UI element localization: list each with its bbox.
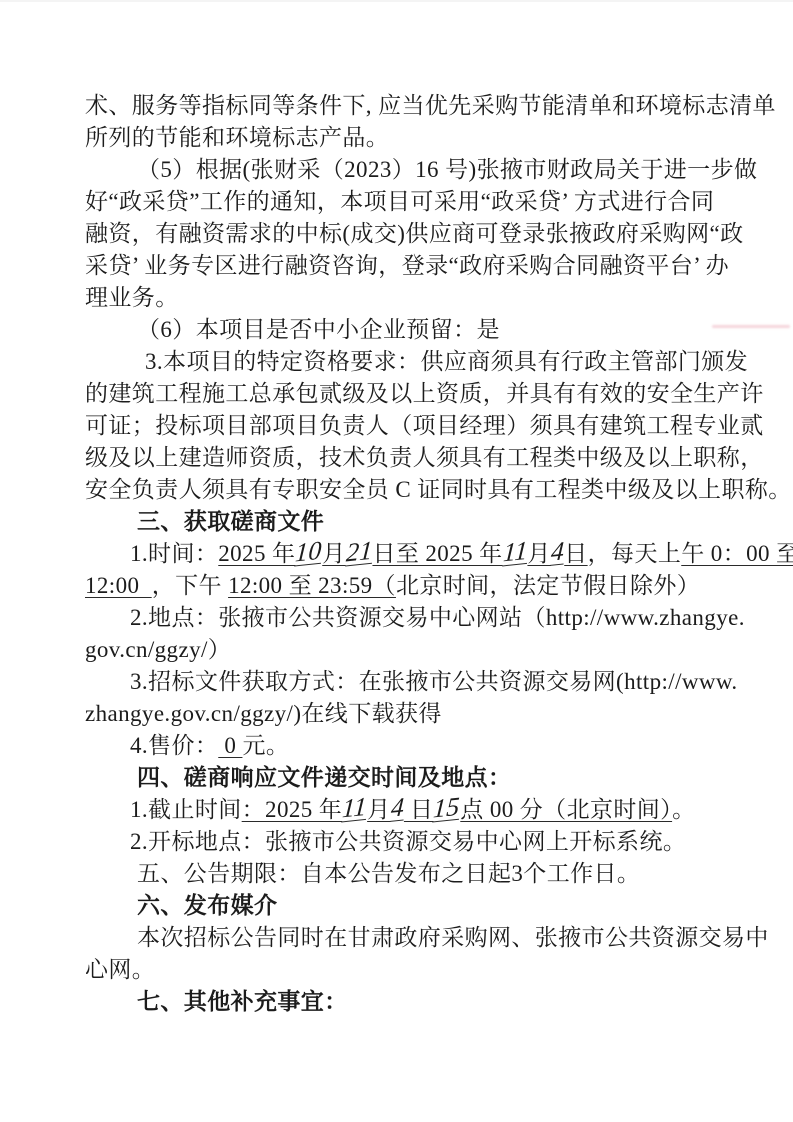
body-line: 采贷’ 业务专区进行融资咨询，登录“政府采购合同融资平台’ 办 xyxy=(85,250,745,282)
text-segment: 1.时间： xyxy=(130,541,218,566)
body-line: 心网。 xyxy=(85,954,745,986)
text-segment: ，每天上 xyxy=(588,541,682,566)
body-line: 12:00 ，下午 12:00 至 23:59（北京时间，法定节假日除外） xyxy=(85,570,745,602)
body-line: gov.cn/ggzy/） xyxy=(85,634,745,666)
underlined-text: 2025 年 xyxy=(218,541,295,566)
underlined-text: ：2025 年 xyxy=(242,797,343,822)
body-line: 2.地点：张掖市公共资源交易中心网站（http://www.zhangye. xyxy=(85,602,745,634)
heading-section-3: 三、获取磋商文件 xyxy=(85,506,745,538)
text-segment: 六、发布媒介 xyxy=(137,893,277,918)
underlined-text: 日 xyxy=(404,797,434,822)
body-line: 术、服务等指标同等条件下, 应当优先采购节能清单和环境标志清单 xyxy=(85,90,745,122)
text-segment: 元。 xyxy=(242,733,289,758)
handwritten-number: 11 xyxy=(341,794,368,823)
text-segment: 1.截止时间 xyxy=(130,797,242,822)
body-line: zhangye.gov.cn/ggzy/)在线下载获得 xyxy=(85,698,745,730)
heading-section-6: 六、发布媒介 xyxy=(85,890,745,922)
body-line: 3.招标文件获取方式：在张掖市公共资源交易网(http://www. xyxy=(85,666,745,698)
body-line: 3.本项目的特定资格要求：供应商须具有行政主管部门颁发 xyxy=(85,346,745,378)
text-segment: 五、公告期限：自本公告发布之日起3个工作日。 xyxy=(137,861,640,886)
handwritten-number: 11 xyxy=(502,538,529,567)
underlined-text: 0 xyxy=(218,733,242,758)
underlined-text: 日 xyxy=(564,541,587,566)
text-segment: 理业务。 xyxy=(85,285,179,310)
text-segment: 的建筑工程施工总承包贰级及以上资质，并具有有效的安全生产许 xyxy=(85,381,764,406)
text-segment: 所列的节能和环境标志产品。 xyxy=(85,125,389,150)
document-text-block: 术、服务等指标同等条件下, 应当优先采购节能清单和环境标志清单所列的节能和环境标… xyxy=(85,90,745,1018)
underlined-text: 12:00 至 23:59（ xyxy=(228,573,396,598)
handwritten-number: 21 xyxy=(345,537,374,566)
handwritten-number: 4 xyxy=(550,538,565,566)
text-segment: gov.cn/ggzy/） xyxy=(85,637,231,662)
body-line: 好“政采贷”工作的通知，本项目可采用“政采贷’ 方式进行合同 xyxy=(85,186,745,218)
text-segment: 心网。 xyxy=(85,957,155,982)
text-segment: 安全负责人须具有专职安全员 C 证同时具有工程类中级及以上职称。 xyxy=(85,477,792,502)
body-line: （5）根据(张财采（2023）16 号)张掖市财政局关于进一步做 xyxy=(85,154,745,186)
underlined-text: 月 xyxy=(322,541,345,566)
body-line: 理业务。 xyxy=(85,282,745,314)
underlined-text: 日至 2025 年 xyxy=(372,541,502,566)
text-segment: 术、服务等指标同等条件下, 应当优先采购节能清单和环境标志清单 xyxy=(85,93,776,118)
text-segment: 好“政采贷”工作的通知，本项目可采用“政采贷’ 方式进行合同 xyxy=(85,189,714,214)
handwritten-number: 4 xyxy=(390,794,405,822)
body-line: 安全负责人须具有专职安全员 C 证同时具有工程类中级及以上职称。 xyxy=(85,474,745,506)
pink-scan-smudge xyxy=(712,325,790,328)
text-segment: 七、其他补充事宜： xyxy=(137,989,348,1014)
body-line: 1.截止时间：2025 年11月4 日15点 00 分（北京时间）。 xyxy=(85,794,745,826)
heading-section-4: 四、磋商响应文件递交时间及地点： xyxy=(85,762,745,794)
text-segment: 本次招标公告同时在甘肃政府采购网、张掖市公共资源交易中 xyxy=(137,925,769,950)
text-segment: 采贷’ 业务专区进行融资咨询，登录“政府采购合同融资平台’ 办 xyxy=(85,253,729,278)
body-line: （6）本项目是否中小企业预留：是 xyxy=(85,314,745,346)
text-segment: ，下午 xyxy=(152,573,228,598)
text-segment: 3.招标文件获取方式：在张掖市公共资源交易网(http://www. xyxy=(130,669,738,694)
body-line: 可证；投标项目部项目负责人（项目经理）须具有建筑工程专业贰 xyxy=(85,410,745,442)
scanned-document-page: 术、服务等指标同等条件下, 应当优先采购节能清单和环境标志清单所列的节能和环境标… xyxy=(0,0,793,1122)
body-line: 1.时间：2025 年10月21日至 2025 年11月4日，每天上午 0：00… xyxy=(85,538,745,570)
body-line: 2.开标地点：张掖市公共资源交易中心网上开标系统。 xyxy=(85,826,745,858)
text-segment: 融资，有融资需求的中标(成交)供应商可登录张掖政府采购网“政 xyxy=(85,221,744,246)
handwritten-number: 15 xyxy=(433,793,462,822)
underlined-text: 点 00 分（北京时间） xyxy=(460,797,672,822)
body-line: 的建筑工程施工总承包贰级及以上资质，并具有有效的安全生产许 xyxy=(85,378,745,410)
text-segment: （5）根据(张财采（2023）16 号)张掖市财政局关于进一步做 xyxy=(137,157,757,182)
body-line: 本次招标公告同时在甘肃政府采购网、张掖市公共资源交易中 xyxy=(85,922,745,954)
heading-section-7: 七、其他补充事宜： xyxy=(85,986,745,1018)
text-segment: 3.本项目的特定资格要求：供应商须具有行政主管部门颁发 xyxy=(145,349,748,374)
text-segment: zhangye.gov.cn/ggzy/)在线下载获得 xyxy=(85,701,442,726)
body-line: 五、公告期限：自本公告发布之日起3个工作日。 xyxy=(85,858,745,890)
text-segment: 四、磋商响应文件递交时间及地点： xyxy=(137,765,511,790)
text-segment: 可证；投标项目部项目负责人（项目经理）须具有建筑工程专业贰 xyxy=(85,413,764,438)
text-segment: （6）本项目是否中小企业预留：是 xyxy=(137,317,500,342)
underlined-text: 午 0：00 至 xyxy=(681,541,793,566)
body-line: 融资，有融资需求的中标(成交)供应商可登录张掖政府采购网“政 xyxy=(85,218,745,250)
text-segment: 级及以上建造师资质，技术负责人须具有工程类中级及以上职称， xyxy=(85,445,764,470)
text-segment: 三、获取磋商文件 xyxy=(137,509,324,534)
text-segment: 2.开标地点：张掖市公共资源交易中心网上开标系统。 xyxy=(130,829,686,854)
body-line: 所列的节能和环境标志产品。 xyxy=(85,122,745,154)
text-segment: 2.地点：张掖市公共资源交易中心网站（http://www.zhangye. xyxy=(130,605,745,630)
underlined-text: 月 xyxy=(367,797,390,822)
text-segment: 。 xyxy=(672,797,695,822)
body-line: 4.售价： 0 元。 xyxy=(85,730,745,762)
underlined-text: 12:00 xyxy=(85,573,152,598)
text-segment: 北京时间，法定节假日除外） xyxy=(396,573,700,598)
scan-top-edge xyxy=(0,0,793,2)
text-segment: 4.售价： xyxy=(130,733,218,758)
handwritten-number: 10 xyxy=(295,537,324,566)
underlined-text: 月 xyxy=(527,541,550,566)
body-line: 级及以上建造师资质，技术负责人须具有工程类中级及以上职称， xyxy=(85,442,745,474)
